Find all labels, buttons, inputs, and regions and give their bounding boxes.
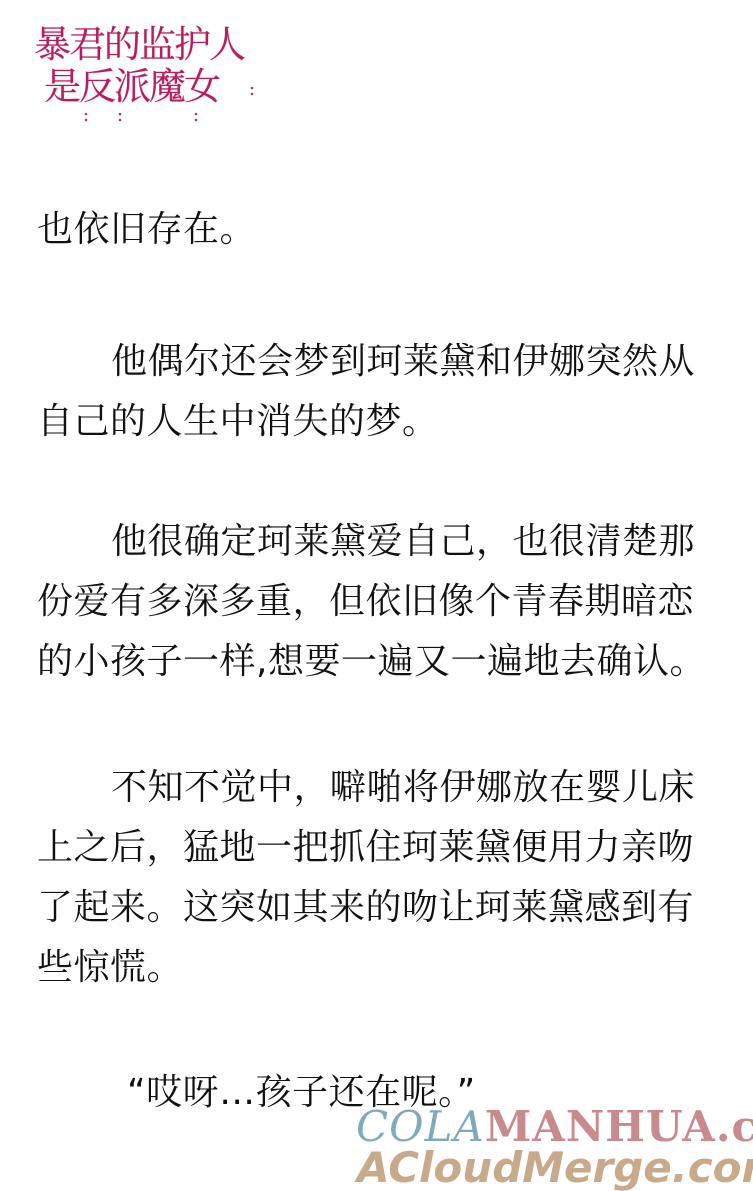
text-line: 他偶尔还会梦到珂莱黛和伊娜突然从 (37, 332, 695, 392)
text-line: 了起来。这突如其来的吻让珂莱黛感到有 (37, 878, 695, 938)
text-line: 也依旧存在。 (37, 200, 256, 260)
watermark-acloudmerge: ACloudMerge.com (357, 1143, 753, 1191)
text-line: 上之后，猛地一把抓住珂莱黛便用力亲吻 (37, 818, 695, 878)
paragraph-2: 他偶尔还会梦到珂莱黛和伊娜突然从 自己的人生中消失的梦。 (37, 332, 695, 452)
text-line: 的小孩子一样,想要一遍又一遍地去确认。 (37, 632, 706, 692)
paragraph-3: 他很确定珂莱黛爱自己，也很清楚那 份爱有多深多重，但依旧像个青春期暗恋 的小孩子… (37, 512, 706, 692)
text-line: 份爱有多深多重，但依旧像个青春期暗恋 (37, 572, 706, 632)
text-line: 些惊慌。 (37, 938, 695, 998)
paragraph-1: 也依旧存在。 (37, 200, 256, 260)
text-line: 自己的人生中消失的梦。 (37, 392, 695, 452)
text-line: 他很确定珂莱黛爱自己，也很清楚那 (37, 512, 706, 572)
text-line: 不知不觉中，噼啪将伊娜放在婴儿床 (37, 758, 695, 818)
comic-title-logo: 暴君的监护人 是反派魔女 (34, 26, 264, 105)
logo-line-2: 是反派魔女 (44, 68, 264, 105)
paragraph-4: 不知不觉中，噼啪将伊娜放在婴儿床 上之后，猛地一把抓住珂莱黛便用力亲吻 了起来。… (37, 758, 695, 998)
logo-line-1: 暴君的监护人 (34, 26, 264, 63)
